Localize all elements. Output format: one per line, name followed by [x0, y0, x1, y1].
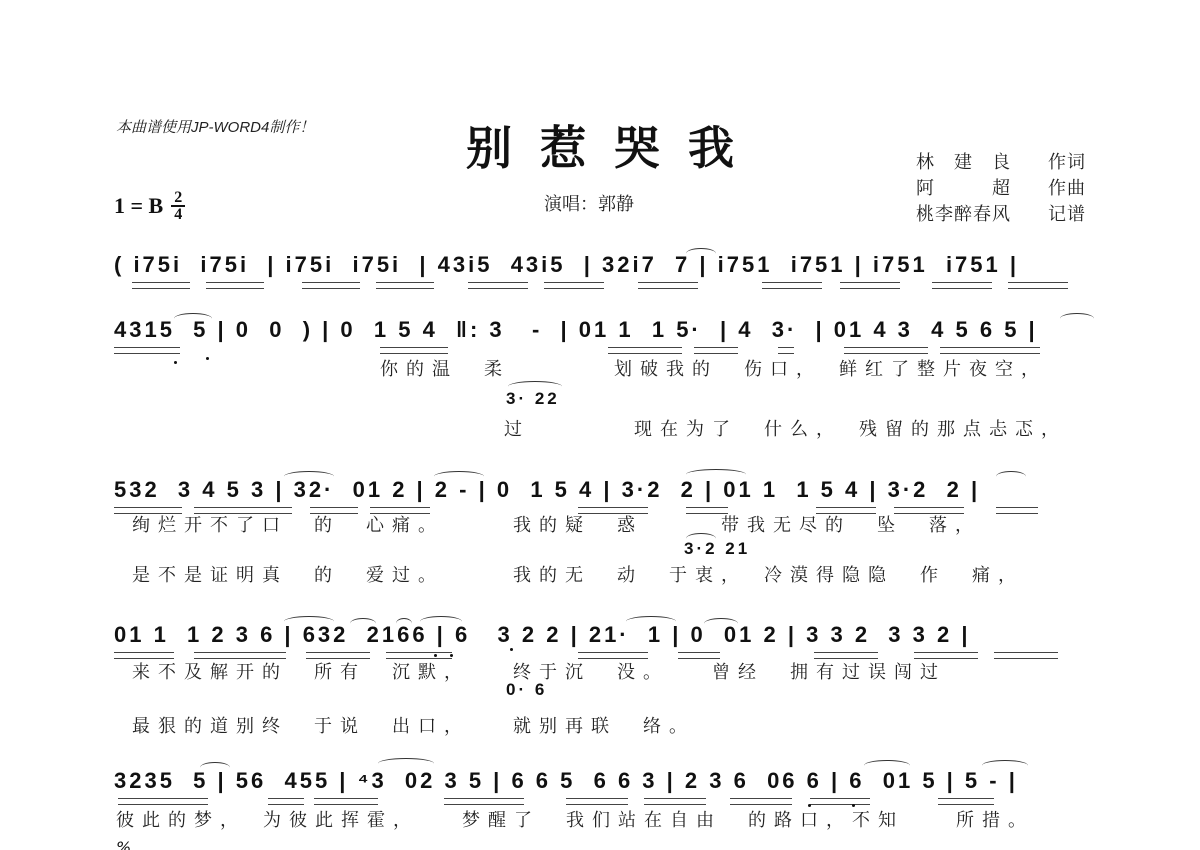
lyrics-verse-1: 绚烂开不了口 的 心痛。 我的疑 惑 带我无尽的 坠 落， — [132, 511, 981, 537]
segno-sign: % — [116, 838, 131, 850]
lyrics-verse-2: 过 现在为了 什么， 残留的那点忐忑， — [504, 415, 1067, 441]
score-line-5: 3235 5 | 56 455 | ⁴3 02 3 5 | 6 6 5 6 6 … — [114, 768, 1094, 808]
score-line-1: ( i75i i75i | i75i i75i | 43i5 43i5 | 32… — [114, 252, 1094, 292]
time-signature-top: 2 — [174, 190, 182, 205]
key-signature: 1 = B 2 4 — [114, 190, 185, 222]
singer-label: 演唱：郭静 — [544, 190, 634, 216]
lyrics-verse-1: 彼此的梦， 为彼此挥霍， 梦醒了 我们站在自由 的路口，不知 所措。 — [116, 806, 1034, 832]
time-signature-bottom: 4 — [174, 207, 182, 222]
notation-line-5: 3235 5 | 56 455 | ⁴3 02 3 5 | 6 6 5 6 6 … — [114, 768, 1018, 794]
notation-line-1: ( i75i i75i | i75i i75i | 43i5 43i5 | 32… — [114, 252, 1019, 278]
alt-notation-line-2: 3· 22 — [506, 389, 560, 409]
notation-line-4: 01 1 1 2 3 6 | 632 2166 | 6 3 2 2 | 21· … — [114, 622, 970, 648]
composer-credit: 阿 超作曲 — [916, 176, 1086, 202]
lyrics-verse-1: 你的温 柔 划破我的 伤口， 鲜红了整片夜空， — [380, 355, 1047, 381]
lyricist-credit: 林 建 良作词 — [916, 150, 1086, 176]
alt-notation-line-3: 3·2 21 — [684, 539, 750, 559]
key-label: 1 = B — [114, 193, 163, 219]
credits-block: 林 建 良作词 阿 超作曲 桃李醉春风记谱 — [916, 150, 1086, 228]
score-line-4: 01 1 1 2 3 6 | 632 2166 | 6 3 2 2 | 21· … — [114, 622, 1094, 662]
score-line-2: 4315 5 | 0 0 ) | 0 1 5 4 ‖: 3 - | 01 1 1… — [114, 317, 1094, 357]
lyrics-verse-2: 是不是证明真 的 爱过。 我的无 动 于衷， 冷漠得隐隐 作 痛， — [132, 561, 1024, 587]
score-line-3: 532 3 4 5 3 | 32· 01 2 | 2 - | 0 1 5 4 |… — [114, 477, 1094, 517]
transcriber-credit: 桃李醉春风记谱 — [916, 202, 1086, 228]
alt-notation-line-4: 0· 6 — [506, 680, 547, 700]
notation-line-2: 4315 5 | 0 0 ) | 0 1 5 4 ‖: 3 - | 01 1 1… — [114, 317, 1038, 343]
lyrics-verse-2: 最狠的道别终 于说 出口， 就别再联 络。 — [132, 712, 695, 738]
notation-line-3: 532 3 4 5 3 | 32· 01 2 | 2 - | 0 1 5 4 |… — [114, 477, 980, 503]
time-signature: 2 4 — [171, 190, 185, 222]
